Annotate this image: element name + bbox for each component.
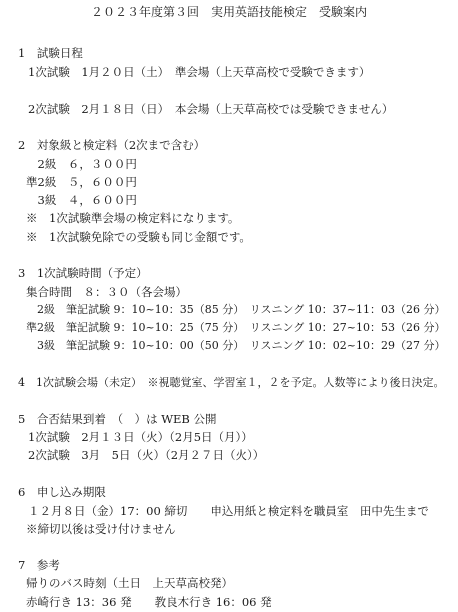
section-1-line-2: 2次試験 2月１８日（日） 本会場（上天草高校では受験できません）	[28, 102, 393, 116]
fee-grade-pre-2: 準2級 ５，６００円	[26, 175, 137, 189]
fee-grade-2: 2級 ６，３００円	[26, 157, 137, 171]
bus-times: 赤崎行き 13：36 発 教良木行き 16：06 発	[26, 595, 272, 609]
fee-note-1: ※ 1次試験準会場の検定料になります。	[26, 211, 239, 225]
assembly-time: 集合時間 ８：３０（各会場）	[26, 285, 187, 299]
schedule-grade-3: 3級 筆記試験 9：10~10：00（50 分） リスニング 10：02~10：…	[26, 339, 445, 353]
result-second-exam: 2次試験 3月 5日（火）（2月２７日（火））	[28, 448, 264, 462]
deadline-note: ※締切以後は受け付けません	[26, 522, 176, 536]
section-2-heading: 2 対象級と検定料（2次まで含む）	[18, 138, 205, 152]
section-5-heading: 5 合否結果到着 （ ）は WEB 公開	[18, 412, 217, 426]
result-first-exam: 1次試験 2月１３日（火）（2月5日（月））	[28, 430, 253, 444]
section-1-line-1: 1次試験 1月２０日（土） 準会場（上天草高校で受験できます）	[28, 65, 370, 79]
fee-note-2: ※ 1次試験免除での受験も同じ金額です。	[26, 230, 251, 244]
section-6-heading: 6 申し込み期限	[18, 485, 106, 499]
deadline-line: １２月８日（金）17：00 締切 申込用紙と検定料を職員室 田中先生まで	[28, 504, 429, 518]
section-3-heading: 3 1次試験時間（予定）	[18, 266, 148, 280]
section-7-heading: 7 参考	[18, 558, 60, 572]
schedule-grade-2: 2級 筆記試験 9：10~10：35（85 分） リスニング 10：37~11：…	[26, 303, 445, 317]
schedule-grade-pre-2: 準2級 筆記試験 9：10~10：25（75 分） リスニング 10：27~10…	[26, 321, 445, 335]
bus-time-heading: 帰りのバス時刻（土日 上天草高校発）	[26, 576, 233, 590]
section-4-heading: 4 1次試験会場（未定） ※視聴覚室、学習室１，２を予定。人数等により後日決定。	[18, 376, 445, 390]
document-title: ２０２３年度第３回 実用英語技能検定 受験案内	[0, 5, 458, 19]
section-1-heading: 1 試験日程	[18, 46, 83, 60]
fee-grade-3: 3級 ４，６００円	[26, 193, 137, 207]
